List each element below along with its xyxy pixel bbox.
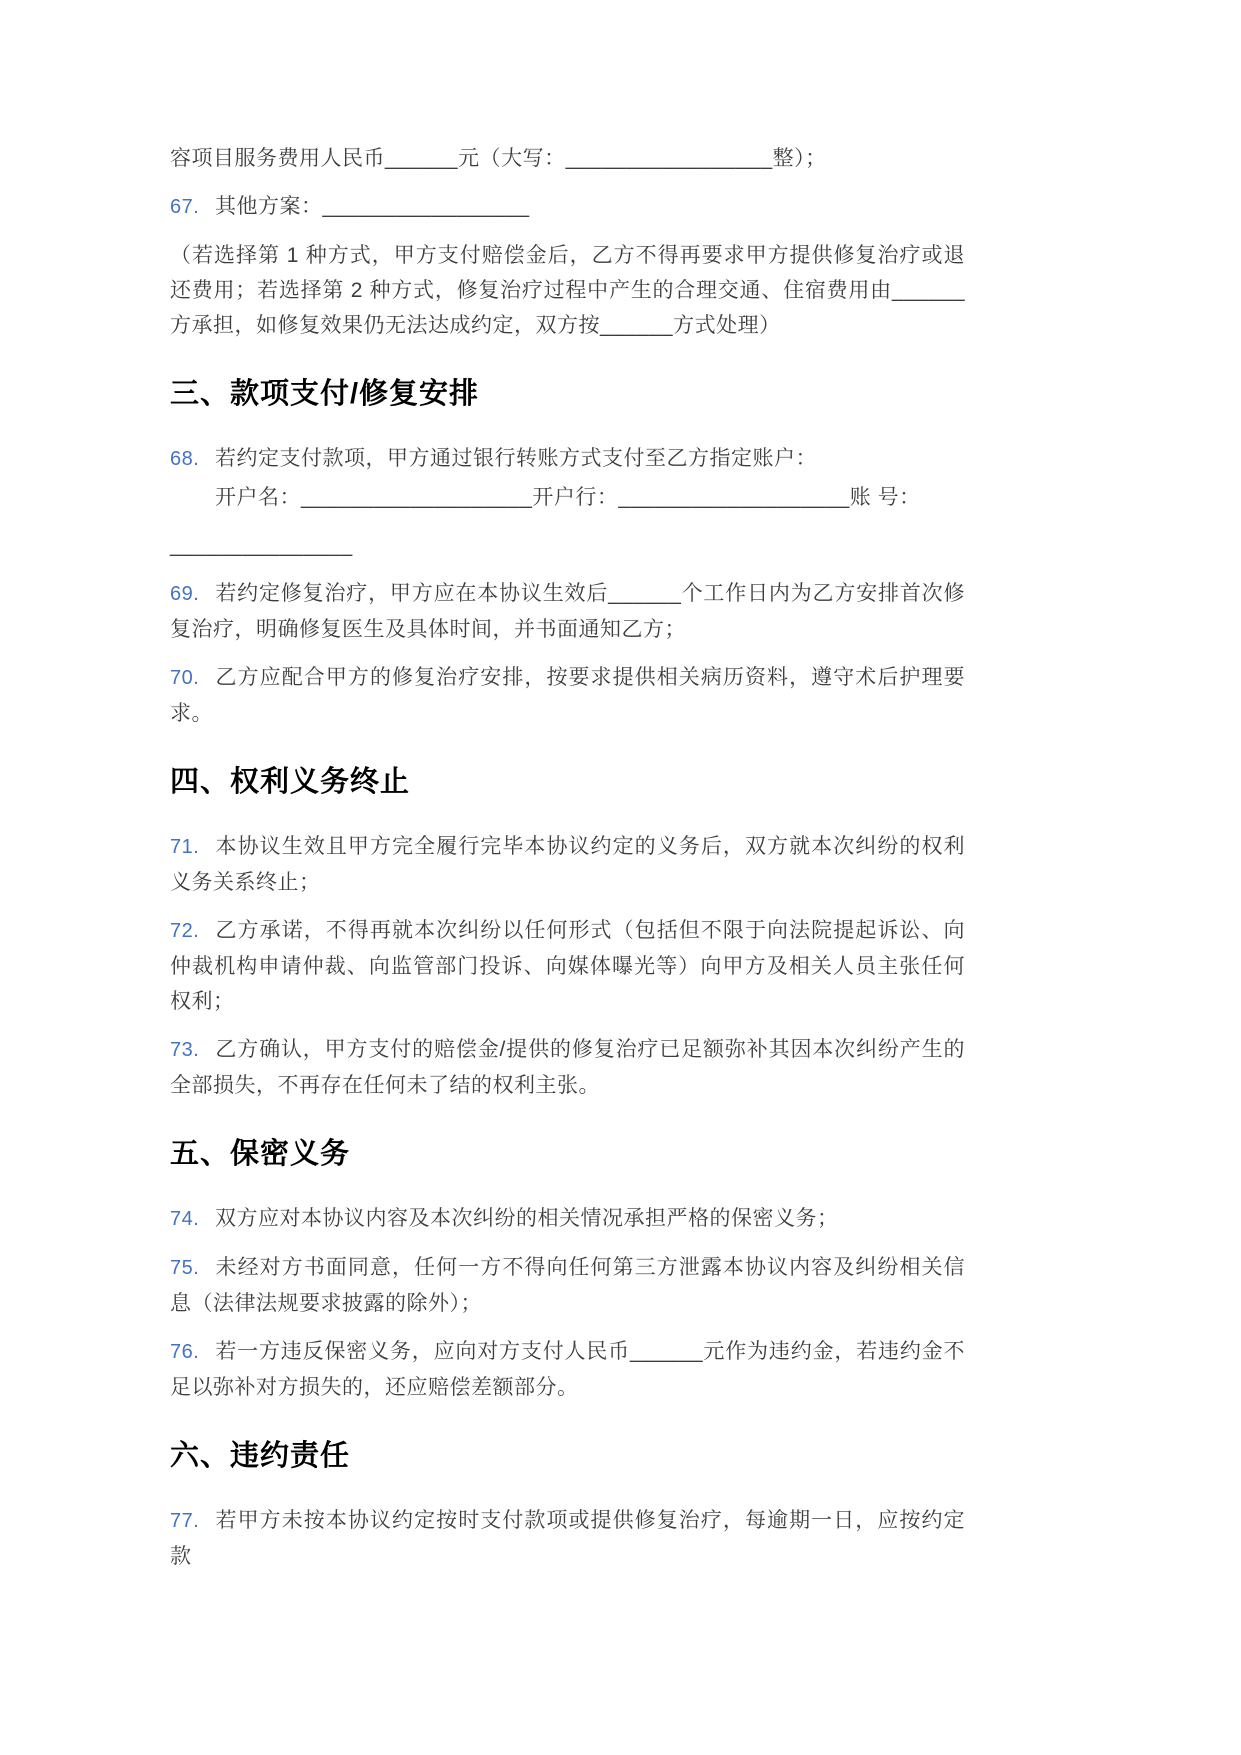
section-heading-breach-liability: 六、违约责任 — [170, 1436, 965, 1476]
clause-72-number: 72. — [170, 914, 215, 949]
clause-67: 67.其他方案：_________________ — [170, 189, 965, 225]
clause-74-text: 双方应对本协议内容及本次纠纷的相关情况承担严格的保密义务； — [215, 1207, 839, 1230]
account-number-blank-line: _______________ — [170, 528, 965, 563]
clause-71-number: 71. — [170, 830, 215, 865]
clause-75: 75.未经对方书面同意，任何一方不得向任何第三方泄露本协议内容及纠纷相关信息（法… — [170, 1250, 965, 1321]
clause-77-text: 若甲方未按本协议约定按时支付款项或提供修复治疗，每逾期一日，应按约定款 — [170, 1509, 965, 1568]
clause-68-number: 68. — [170, 442, 215, 477]
options-note-paragraph: （若选择第 1 种方式，甲方支付赔偿金后，乙方不得再要求甲方提供修复治疗或退还费… — [170, 238, 965, 343]
clause-75-text: 未经对方书面同意，任何一方不得向任何第三方泄露本协议内容及纠纷相关信息（法律法规… — [170, 1256, 965, 1315]
clause-70-text: 乙方应配合甲方的修复治疗安排，按要求提供相关病历资料，遵守术后护理要求。 — [170, 666, 965, 725]
clause-69-number: 69. — [170, 577, 215, 612]
bank-fields-line: 开户名：___________________开户行：_____________… — [215, 480, 965, 515]
clause-73: 73.乙方确认，甲方支付的赔偿金/提供的修复治疗已足额弥补其因本次纠纷产生的全部… — [170, 1032, 965, 1103]
clause-75-number: 75. — [170, 1251, 215, 1286]
section-heading-confidentiality: 五、保密义务 — [170, 1134, 965, 1174]
section-heading-rights-termination: 四、权利义务终止 — [170, 762, 965, 802]
clause-70: 70.乙方应配合甲方的修复治疗安排，按要求提供相关病历资料，遵守术后护理要求。 — [170, 660, 965, 731]
clause-71-text: 本协议生效且甲方完全履行完毕本协议约定的义务后，双方就本次纠纷的权利义务关系终止… — [170, 835, 965, 894]
clause-69-text: 若约定修复治疗，甲方应在本协议生效后______个工作日内为乙方安排首次修复治疗… — [170, 582, 965, 641]
clause-67-number: 67. — [170, 190, 215, 225]
fee-amount-line: 容项目服务费用人民币______元（大写：_________________整）… — [170, 141, 965, 176]
clause-76-number: 76. — [170, 1335, 215, 1370]
clause-77: 77.若甲方未按本协议约定按时支付款项或提供修复治疗，每逾期一日，应按约定款 — [170, 1503, 965, 1574]
clause-73-number: 73. — [170, 1033, 215, 1068]
clause-68: 68.若约定支付款项，甲方通过银行转账方式支付至乙方指定账户： — [170, 441, 965, 477]
clause-73-text: 乙方确认，甲方支付的赔偿金/提供的修复治疗已足额弥补其因本次纠纷产生的全部损失，… — [170, 1038, 965, 1097]
clause-76: 76.若一方违反保密义务，应向对方支付人民币______元作为违约金，若违约金不… — [170, 1334, 965, 1405]
section-heading-payment-repair: 三、款项支付/修复安排 — [170, 374, 965, 414]
clause-74-number: 74. — [170, 1202, 215, 1237]
clause-69: 69.若约定修复治疗，甲方应在本协议生效后______个工作日内为乙方安排首次修… — [170, 576, 965, 647]
clause-68-text: 若约定支付款项，甲方通过银行转账方式支付至乙方指定账户： — [215, 447, 817, 470]
contract-page: 容项目服务费用人民币______元（大写：_________________整）… — [0, 0, 1241, 1755]
clause-72-text: 乙方承诺，不得再就本次纠纷以任何形式（包括但不限于向法院提起诉讼、向仲裁机构申请… — [170, 919, 965, 1013]
clause-77-number: 77. — [170, 1504, 215, 1539]
clause-71: 71.本协议生效且甲方完全履行完毕本协议约定的义务后，双方就本次纠纷的权利义务关… — [170, 829, 965, 900]
clause-76-text: 若一方违反保密义务，应向对方支付人民币______元作为违约金，若违约金不足以弥… — [170, 1340, 965, 1399]
clause-74: 74.双方应对本协议内容及本次纠纷的相关情况承担严格的保密义务； — [170, 1201, 965, 1237]
clause-72: 72.乙方承诺，不得再就本次纠纷以任何形式（包括但不限于向法院提起诉讼、向仲裁机… — [170, 913, 965, 1019]
clause-67-text: 其他方案：_________________ — [215, 195, 530, 218]
clause-70-number: 70. — [170, 661, 215, 696]
